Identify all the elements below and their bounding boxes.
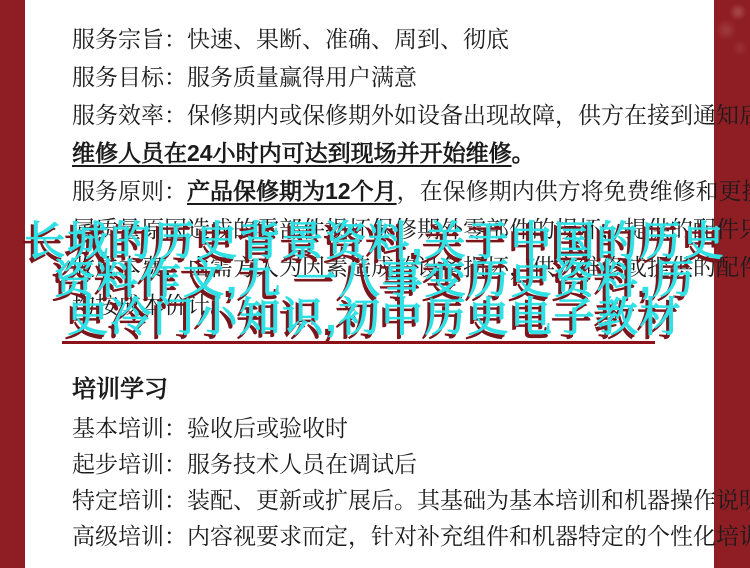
training-label: 基本培训： [72, 415, 187, 441]
training-text: 服务技术人员在调试后 [187, 451, 417, 477]
service-label: 服务宗旨： [72, 26, 187, 52]
service-line-aim: 服务宗旨：快速、果断、准确、周到、彻底 [72, 20, 750, 58]
service-text: 快速、果断、准确、周到、彻底 [187, 26, 509, 52]
service-text: 保修期内或保修期外如设备出现故障，供方在接到通知后 [187, 102, 750, 128]
warranty-emphasis-line: 维修人员在24小时内可达到现场并开始维修。 [72, 134, 750, 172]
service-label: 服务原则： [72, 178, 187, 204]
training-label: 高级培训： [72, 523, 187, 549]
warranty-emphasis-period: 。 [512, 140, 535, 166]
service-line-efficiency: 服务效率：保修期内或保修期外如设备出现故障，供方在接到通知后 [72, 96, 750, 134]
title-line-1: 长城的历史背景资料,关于中国的历史 [0, 222, 750, 260]
training-section: 培训学习 基本培训：验收后或验收时 起步培训：服务技术人员在调试后 特定培训：装… [72, 370, 750, 554]
training-item-basic: 基本培训：验收后或验收时 [72, 410, 750, 446]
training-item-startup: 起步培训：服务技术人员在调试后 [72, 446, 750, 482]
overlay-seo-title: 长城的历史背景资料,关于中国的历史 资料作文,九 一八事变历史资料,历 史冷门小… [0, 222, 750, 336]
training-item-advanced: 高级培训：内容视要求而定，针对补充组件和机器特定的个性化培训 [72, 518, 750, 554]
service-text: ，在保修期内供方将免费维修和更换 [397, 178, 750, 204]
training-item-specific: 特定培训：装配、更新或扩展后。其基础为基本培训和机器操作说明 [72, 482, 750, 518]
training-label: 起步培训： [72, 451, 187, 477]
training-text: 装配、更新或扩展后。其基础为基本培训和机器操作说明 [187, 487, 750, 513]
service-line-principle: 服务原则：产品保修期为12个月，在保修期内供方将免费维修和更换 [72, 172, 750, 210]
warranty-emphasis-text: 维修人员在24小时内可达到现场并开始维修 [72, 140, 512, 166]
service-label: 服务目标： [72, 64, 187, 90]
training-label: 特定培训： [72, 487, 187, 513]
service-text: 服务质量赢得用户满意 [187, 64, 417, 90]
training-text: 内容视要求而定，针对补充组件和机器特定的个性化培训 [187, 523, 750, 549]
training-heading: 培训学习 [72, 370, 750, 410]
warranty-period-text: 产品保修期为12个月 [187, 178, 397, 204]
title-line-2: 资料作文,九 一八事变历史资料,历 [0, 260, 750, 298]
service-line-goal: 服务目标：服务质量赢得用户满意 [72, 58, 750, 96]
service-label: 服务效率： [72, 102, 187, 128]
title-underline-rule [62, 341, 655, 344]
title-line-3: 史冷门小知识,初中历史电子教材 [0, 298, 750, 336]
training-text: 验收后或验收时 [187, 415, 348, 441]
